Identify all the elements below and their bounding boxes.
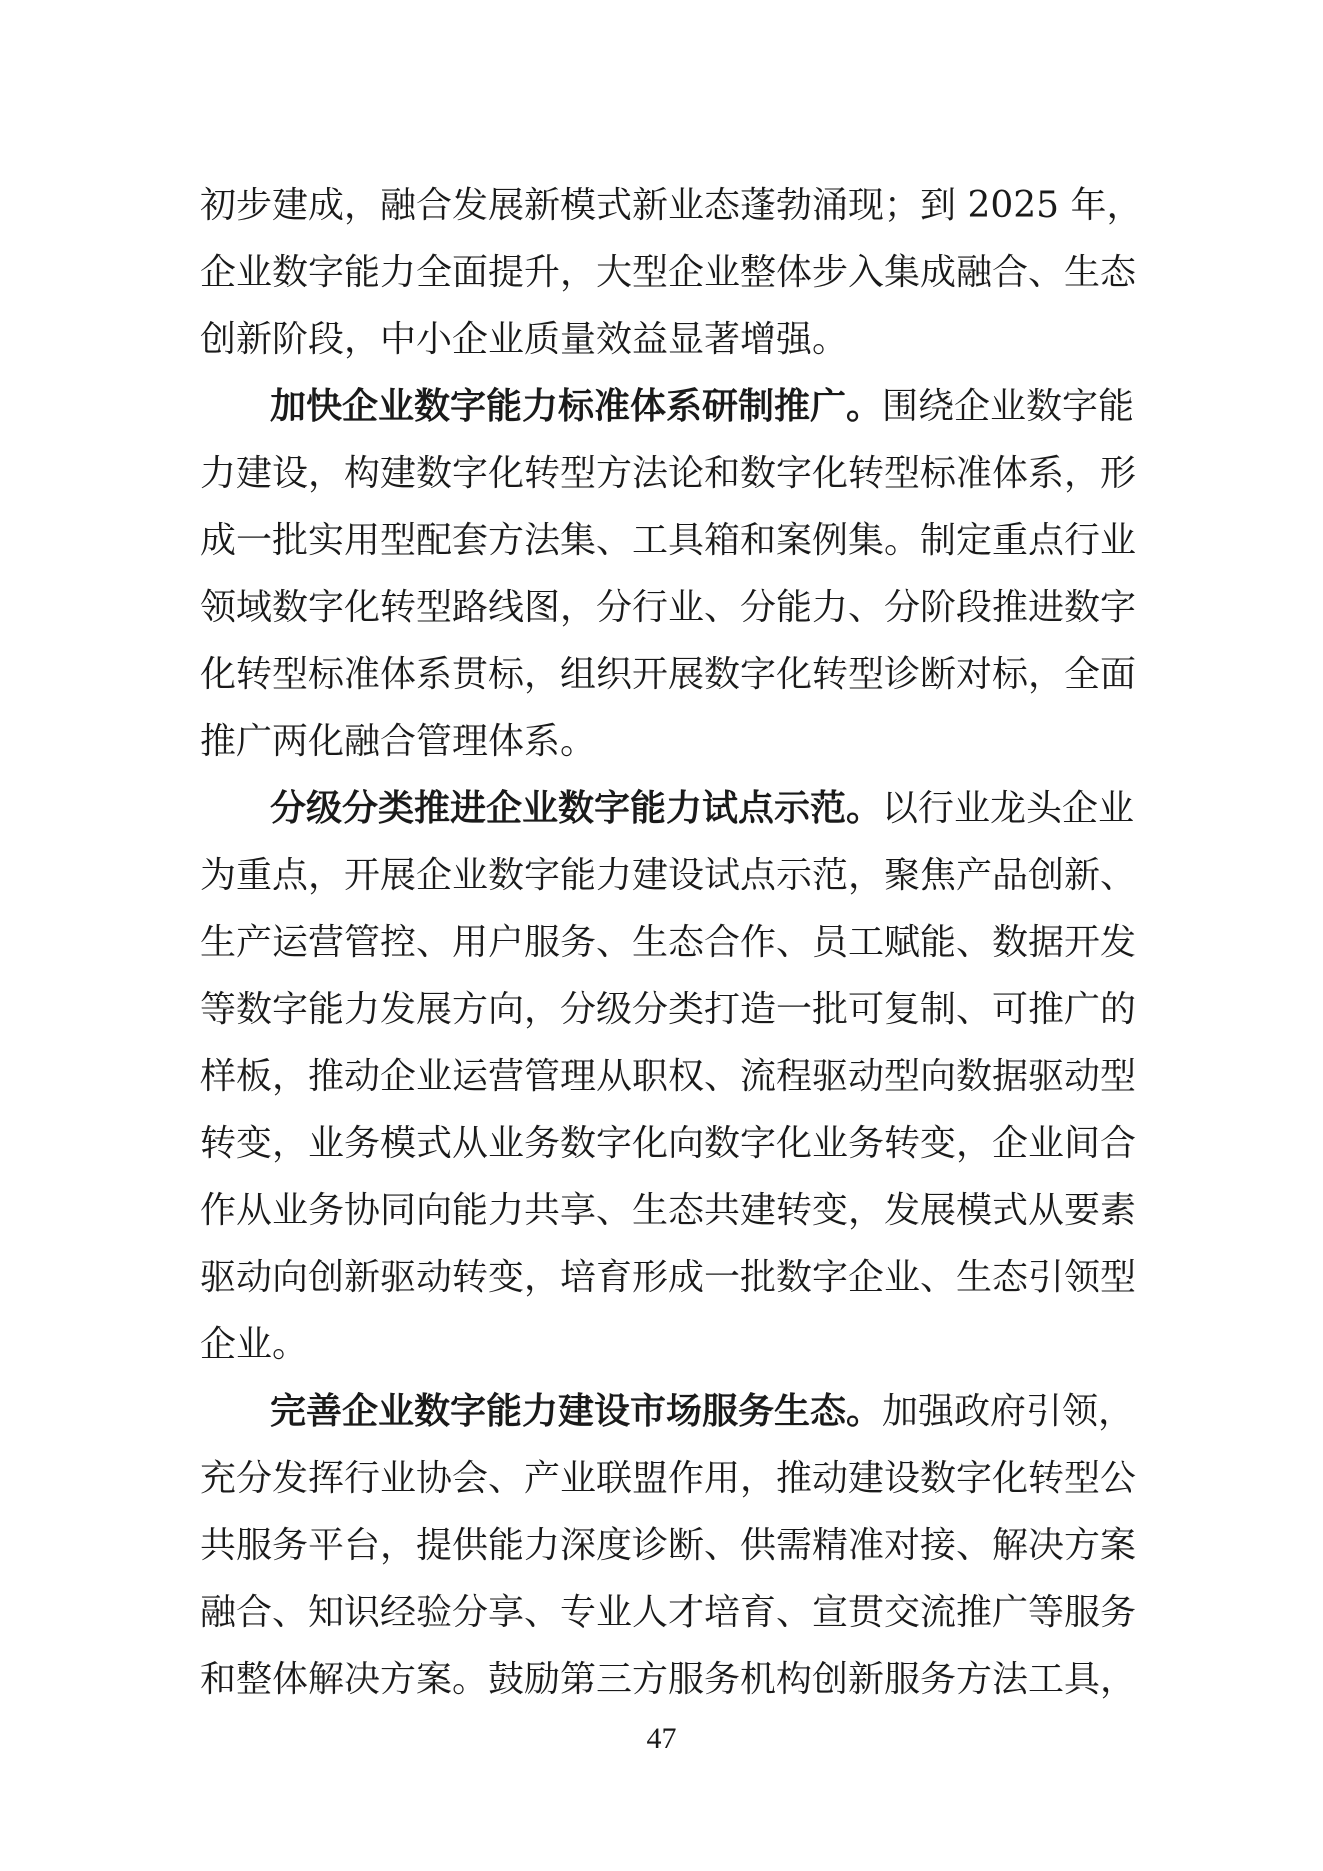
text-line: 力建设，构建数字化转型方法论和数字化转型标准体系，形	[200, 440, 1132, 507]
text-line: 等数字能力发展方向，分级分类打造一批可复制、可推广的	[200, 976, 1132, 1043]
paragraph-pilot-demonstration: 分级分类推进企业数字能力试点示范。以行业龙头企业 为重点，开展企业数字能力建设试…	[200, 775, 1132, 1378]
text-line: 分级分类推进企业数字能力试点示范。以行业龙头企业	[200, 775, 1132, 842]
text-line: 充分发挥行业协会、产业联盟作用，推动建设数字化转型公	[200, 1445, 1132, 1512]
paragraph-continuation: 初步建成，融合发展新模式新业态蓬勃涌现；到 2025 年， 企业数字能力全面提升…	[200, 172, 1132, 373]
paragraph-heading: 完善企业数字能力建设市场服务生态。	[270, 1391, 882, 1432]
text-line: 完善企业数字能力建设市场服务生态。加强政府引领，	[200, 1378, 1132, 1445]
text-line: 成一批实用型配套方法集、工具箱和案例集。制定重点行业	[200, 507, 1132, 574]
text-line: 化转型标准体系贯标，组织开展数字化转型诊断对标，全面	[200, 641, 1132, 708]
text-line: 和整体解决方案。鼓励第三方服务机构创新服务方法工具，	[200, 1646, 1132, 1713]
text-line: 领域数字化转型路线图，分行业、分能力、分阶段推进数字	[200, 574, 1132, 641]
text-line: 驱动向创新驱动转变，培育形成一批数字企业、生态引领型	[200, 1244, 1132, 1311]
paragraph-heading: 加快企业数字能力标准体系研制推广。	[270, 386, 882, 427]
text-span: 加强政府引领，	[882, 1391, 1134, 1432]
document-page: 初步建成，融合发展新模式新业态蓬勃涌现；到 2025 年， 企业数字能力全面提升…	[200, 172, 1132, 1713]
text-line: 生产运营管控、用户服务、生态合作、员工赋能、数据开发	[200, 909, 1132, 976]
text-line: 样板，推动企业运营管理从职权、流程驱动型向数据驱动型	[200, 1043, 1132, 1110]
paragraph-service-ecosystem: 完善企业数字能力建设市场服务生态。加强政府引领， 充分发挥行业协会、产业联盟作用…	[200, 1378, 1132, 1713]
text-line: 推广两化融合管理体系。	[200, 708, 1132, 775]
text-line: 融合、知识经验分享、专业人才培育、宣贯交流推广等服务	[200, 1579, 1132, 1646]
text-span: 以行业龙头企业	[882, 788, 1134, 829]
text-line: 初步建成，融合发展新模式新业态蓬勃涌现；到 2025 年，	[200, 172, 1132, 239]
text-line: 作从业务协同向能力共享、生态共建转变，发展模式从要素	[200, 1177, 1132, 1244]
text-line: 转变，业务模式从业务数字化向数字化业务转变，企业间合	[200, 1110, 1132, 1177]
text-line: 为重点，开展企业数字能力建设试点示范，聚焦产品创新、	[200, 842, 1132, 909]
text-line: 企业数字能力全面提升，大型企业整体步入集成融合、生态	[200, 239, 1132, 306]
paragraph-standards: 加快企业数字能力标准体系研制推广。围绕企业数字能 力建设，构建数字化转型方法论和…	[200, 373, 1132, 775]
text-line: 加快企业数字能力标准体系研制推广。围绕企业数字能	[200, 373, 1132, 440]
paragraph-heading: 分级分类推进企业数字能力试点示范。	[270, 788, 882, 829]
page-number: 47	[0, 1722, 1323, 1756]
text-line: 创新阶段，中小企业质量效益显著增强。	[200, 306, 1132, 373]
text-span: 围绕企业数字能	[882, 386, 1134, 427]
text-line: 共服务平台，提供能力深度诊断、供需精准对接、解决方案	[200, 1512, 1132, 1579]
text-line: 企业。	[200, 1311, 1132, 1378]
